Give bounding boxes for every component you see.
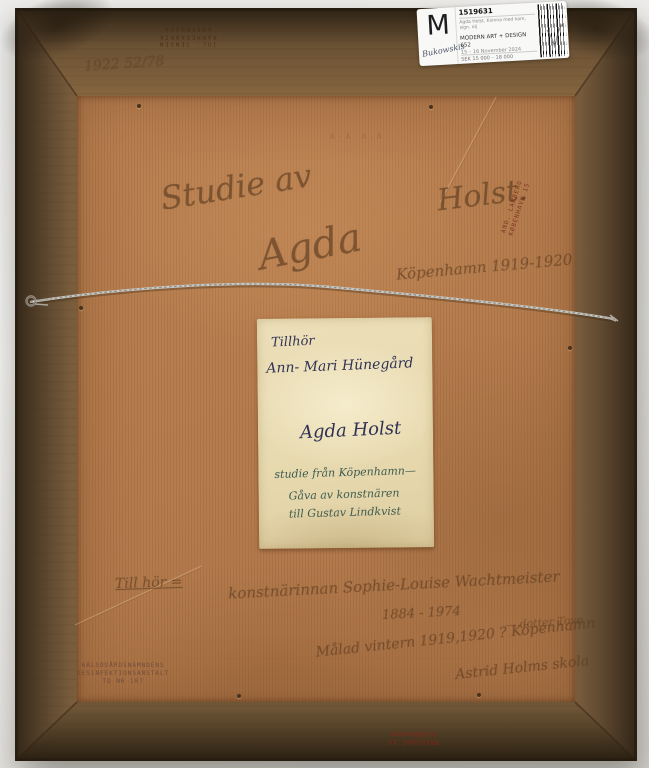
auction-house-m-logo: M [426, 9, 451, 41]
auction-barcode-sticker: M Bukowskis 1519631 Agda Holst, Kvinna m… [417, 1, 570, 66]
label-tillhor: Tillhör [271, 334, 315, 351]
label-gava-line: Gåva av konstnären [288, 486, 399, 502]
barcode [537, 3, 567, 57]
label-owner-name: Ann- Mari Hünegård [266, 355, 414, 376]
sticker-text-area: 1519631 Agda Holst, Kvinna med kam, sign… [455, 3, 540, 64]
photo-backdrop: Studie av Holst. Agda Köpenhamn 1919-192… [0, 0, 649, 768]
pencil-tillhor: Till hör = [115, 574, 183, 592]
tack [568, 346, 572, 350]
tack [429, 105, 433, 109]
auction-logo-box: M Bukowskis [417, 7, 459, 66]
paper-label: Tillhör Ann- Mari Hünegård Agda Holst st… [257, 317, 434, 549]
tack [237, 694, 241, 698]
tack [477, 693, 481, 697]
tack [137, 104, 141, 108]
label-studie-line: studie från Köpenhamn— [274, 464, 416, 481]
label-artist-name: Agda Holst [300, 418, 402, 444]
tack [79, 306, 83, 310]
label-till-line: till Gustav Lindkvist [289, 504, 401, 520]
